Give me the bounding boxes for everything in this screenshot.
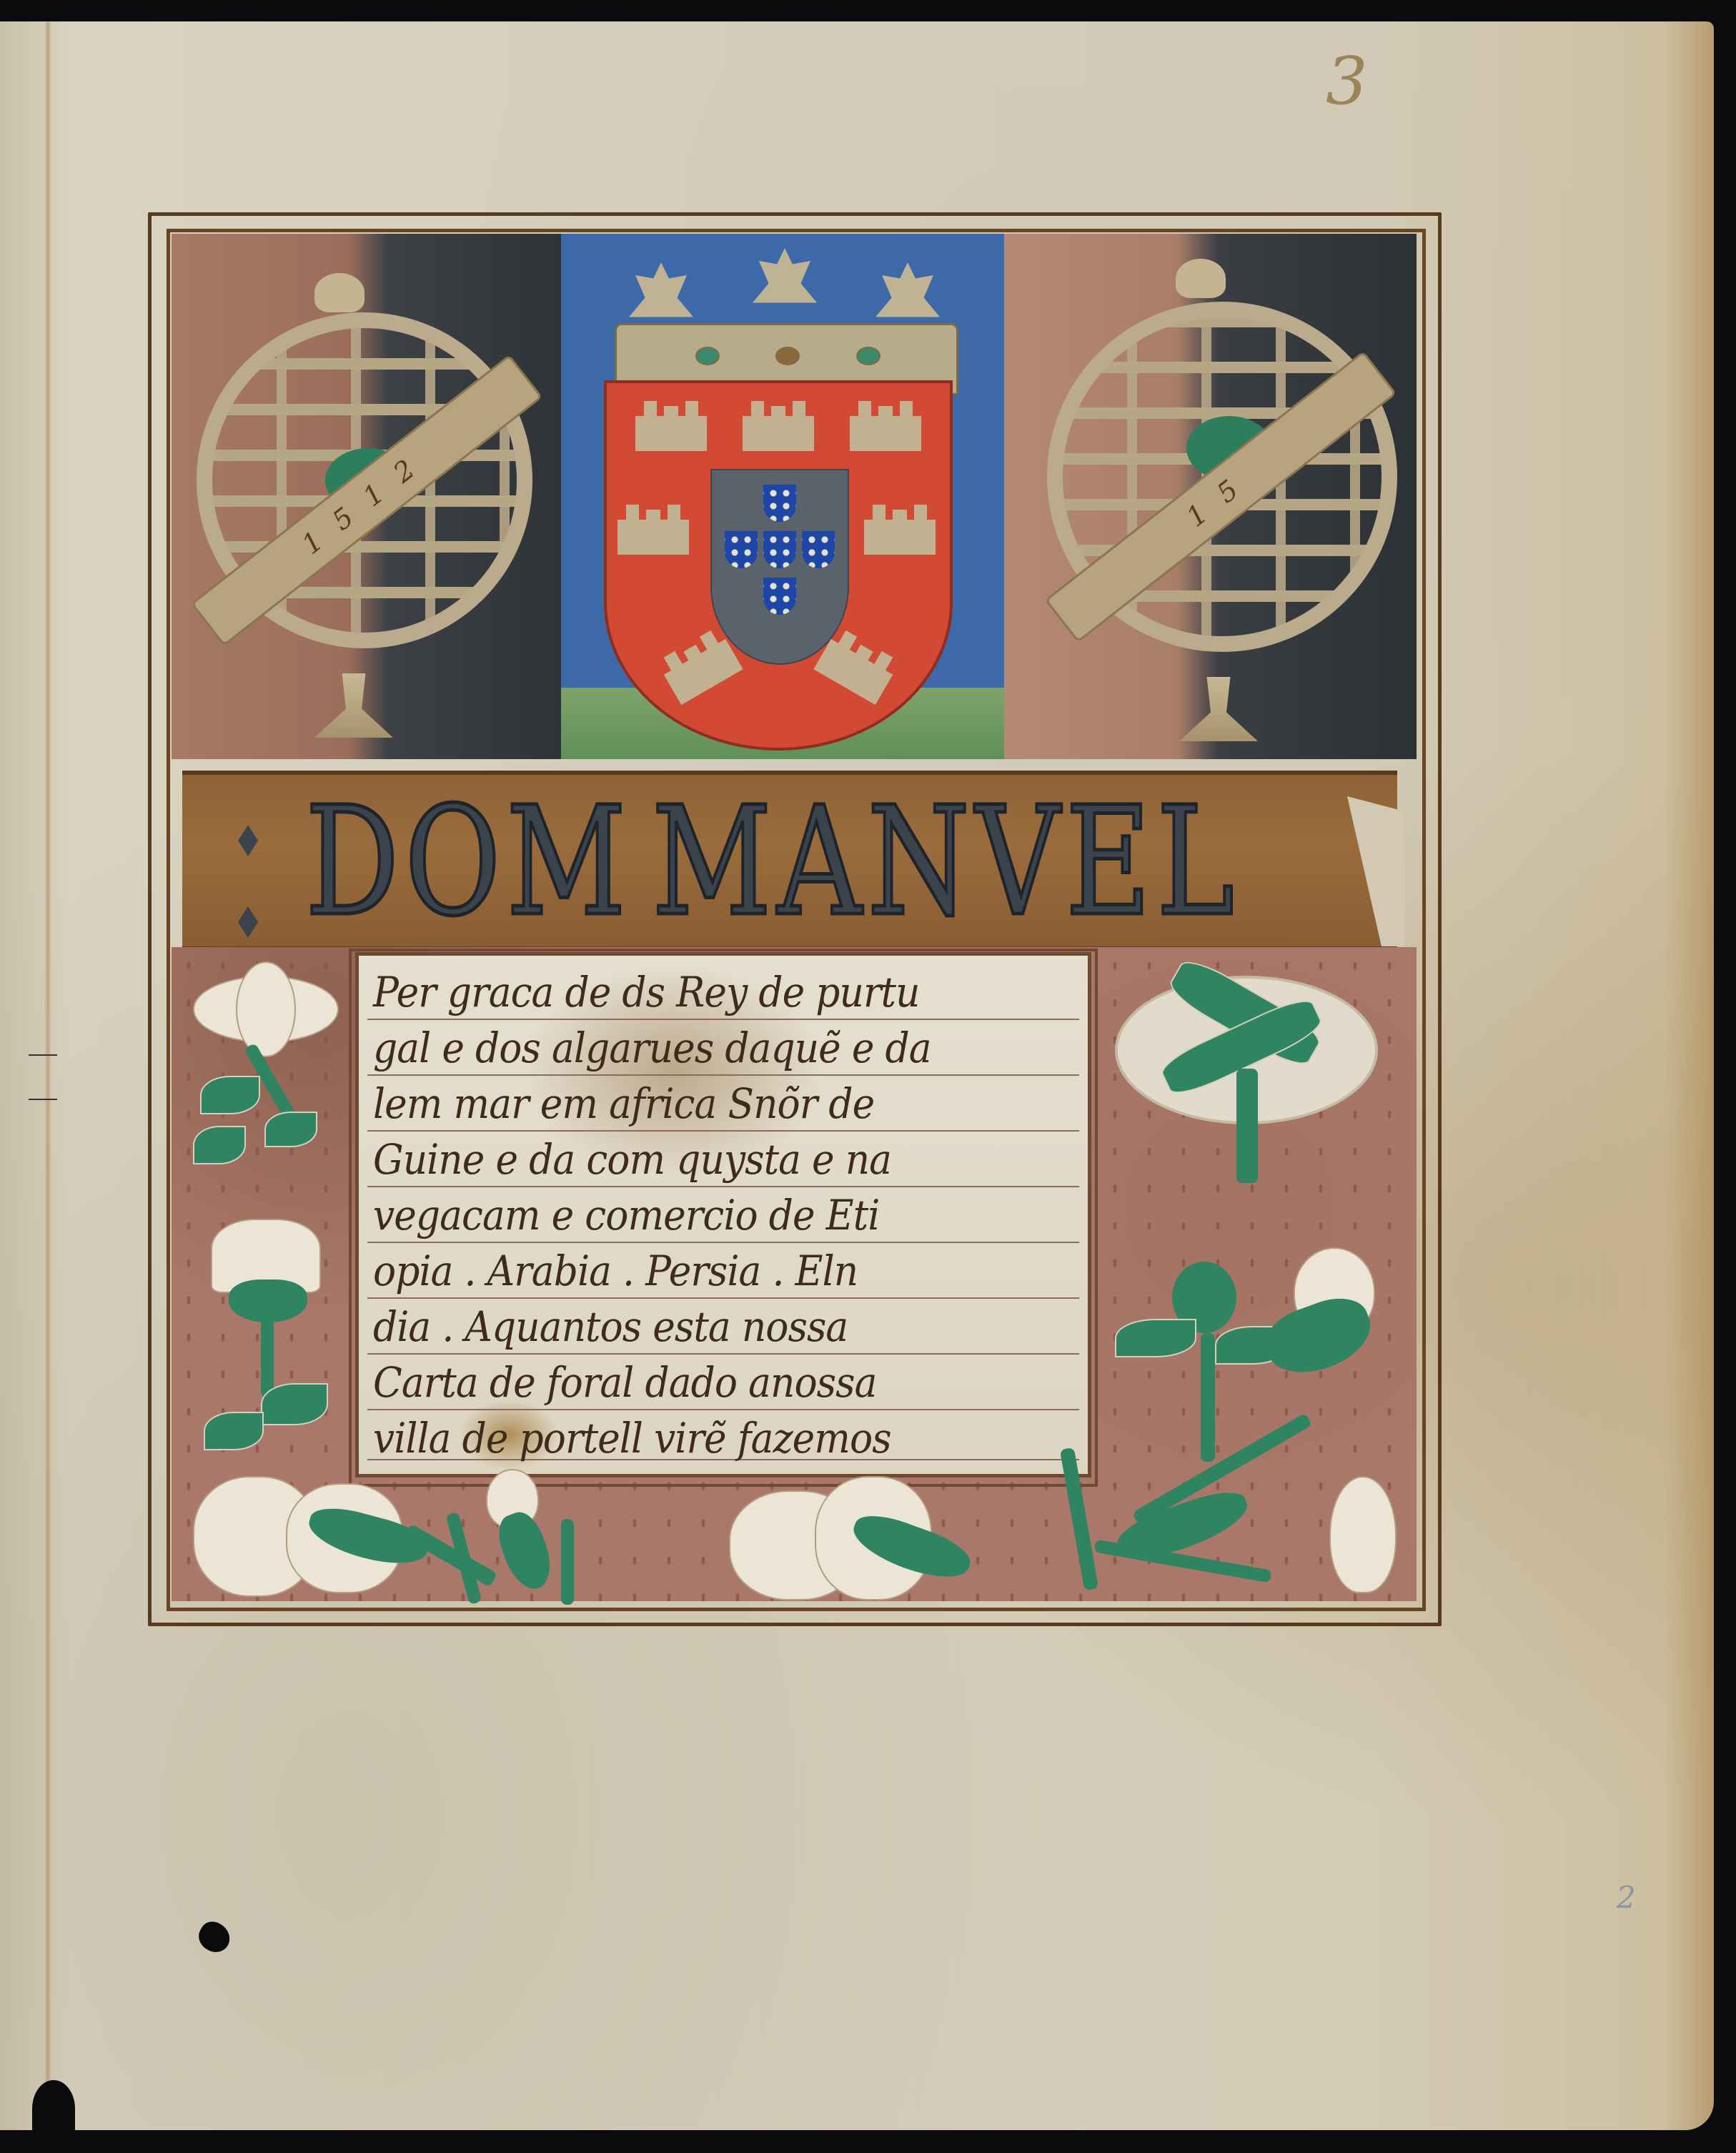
quina-icon	[802, 531, 835, 568]
carnation-icon	[729, 1476, 1029, 1601]
left-panel: 1512	[172, 234, 565, 759]
page-hole	[194, 1917, 235, 1958]
banner-title: DOM MANVEL	[348, 786, 1218, 936]
gem-icon	[775, 347, 800, 365]
sphere-stand	[314, 673, 393, 738]
title-banner: DOM MANVEL	[182, 771, 1397, 951]
quina-icon	[725, 531, 758, 568]
folio-number: 3	[1326, 43, 1368, 119]
quina-icon	[763, 578, 796, 615]
charter-text: Per graca de ds Rey de purtu gal e dos a…	[373, 964, 1076, 1466]
castle-icon	[743, 401, 814, 451]
quina-icon	[763, 485, 796, 522]
text-line: Guine e da com quysta e na	[373, 1132, 1020, 1187]
carnation-icon	[186, 1476, 486, 1601]
fleur-de-lis-icon	[629, 262, 693, 327]
castle-icon	[850, 401, 921, 451]
text-line: lem mar em africa Snõr de	[373, 1076, 1020, 1132]
sphere-stand	[1179, 677, 1258, 741]
lead-ornament	[225, 825, 271, 938]
inner-shield-icon	[710, 469, 849, 665]
castle-icon	[617, 505, 689, 555]
carnation-icon	[189, 1219, 347, 1462]
fleur-de-lis-icon	[876, 262, 940, 327]
sphere-finial	[314, 273, 364, 312]
daisy-icon	[186, 961, 343, 1197]
coat-of-arms-panel	[561, 234, 1008, 759]
castle-icon	[635, 401, 707, 451]
carnation-bud-icon	[443, 1469, 615, 1601]
title-word-manvel: MANVEL	[652, 774, 1240, 949]
text-line: Per graca de ds Rey de purtu	[373, 964, 1020, 1020]
gem-icon	[856, 347, 881, 365]
banner-curl	[1347, 796, 1404, 946]
diamond-icon	[238, 906, 258, 938]
right-panel: 15	[1004, 234, 1417, 759]
shield-icon	[604, 380, 953, 751]
text-line: vegacam e comercio de Eti	[373, 1187, 1020, 1243]
corner-mark: 2	[1617, 1880, 1636, 1915]
diamond-icon	[238, 825, 258, 856]
text-line: villa de portell virẽ fazemos	[373, 1410, 1020, 1466]
text-line: opia . Arabia . Persia . Eln	[373, 1243, 1020, 1299]
gutter-tear	[29, 1054, 57, 1100]
rose-icon	[1093, 961, 1394, 1240]
floral-border: Per graca de ds Rey de purtu gal e dos a…	[172, 947, 1417, 1601]
text-line: Carta de foral dado anossa	[373, 1355, 1020, 1410]
text-line: dia . Aquantos esta nossa	[373, 1299, 1020, 1355]
carnation-bud-icon	[1058, 1447, 1415, 1601]
title-word-dom: DOM	[305, 774, 632, 949]
charter-text-block: Per graca de ds Rey de purtu gal e dos a…	[355, 952, 1091, 1478]
quina-icon	[763, 531, 796, 568]
castle-icon	[864, 505, 936, 555]
fleur-de-lis-icon	[753, 248, 817, 312]
page-notch	[32, 2080, 75, 2137]
text-line: gal e dos algarues daquẽ e da	[373, 1020, 1020, 1076]
gem-icon	[695, 347, 720, 365]
sphere-finial	[1176, 259, 1226, 298]
heraldic-header: 1512	[172, 234, 1417, 759]
